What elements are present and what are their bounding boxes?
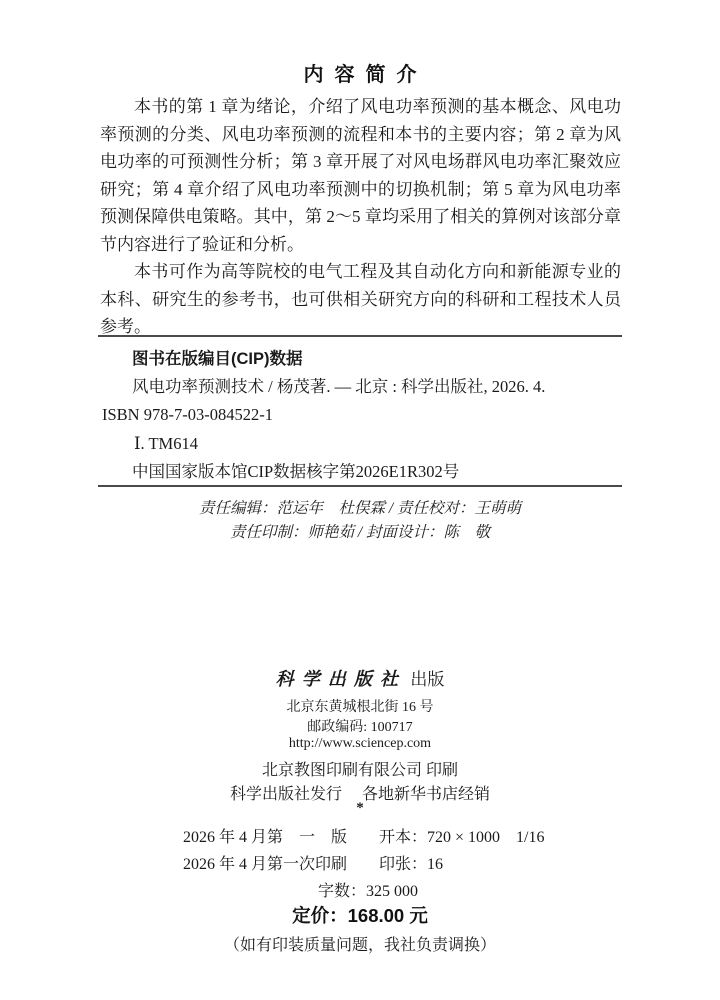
printer-info: 北京教图印刷有限公司 印刷 [0, 757, 720, 780]
cip-title-author: 风电功率预测技术 / 杨茂著. — 北京 : 科学出版社, 2026. 4. [98, 373, 622, 401]
price: 定价：168.00 元 [0, 902, 720, 928]
publisher-line: 科学出版社 出版 [0, 665, 720, 691]
printing-design-line: 责任印制：师艳茹 / 封面设计：陈 敬 [0, 521, 720, 545]
summary-paragraph-2: 本书可作为高等院校的电气工程及其自动化方向和新能源专业的本科、研究生的参考书，也… [100, 258, 621, 341]
cip-heading: 图书在版编目(CIP)数据 [98, 345, 622, 373]
cip-record-number: 中国国家版本馆CIP数据核字第2026E1R302号 [98, 458, 622, 486]
edition-line: 2026 年 4 月第 一 版 开本：720 × 1000 1/16 [183, 824, 544, 851]
publisher-website: http://www.sciencep.com [0, 736, 720, 752]
summary-paragraph-1: 本书的第 1 章为绪论，介绍了风电功率预测的基本概念、风电功率预测的分类、风电功… [100, 93, 621, 258]
word-count: 字数：325 000 [318, 878, 544, 905]
content-summary: 本书的第 1 章为绪论，介绍了风电功率预测的基本概念、风电功率预测的分类、风电功… [100, 93, 621, 341]
publisher-logo: 科学出版社 [276, 669, 407, 689]
page-title: 内容简介 [0, 58, 720, 87]
staff-credits: 责任编辑：范运年 杜俣霖 / 责任校对：王萌萌 责任印制：师艳茹 / 封面设计：… [0, 497, 720, 545]
publisher-suffix: 出版 [410, 670, 444, 689]
editor-proofreader-line: 责任编辑：范运年 杜俣霖 / 责任校对：王萌萌 [0, 497, 720, 521]
book-copyright-page: 内容简介 本书的第 1 章为绪论，介绍了风电功率预测的基本概念、风电功率预测的分… [0, 0, 720, 1000]
publisher-address: 北京东黄城根北街 16 号 [0, 696, 720, 716]
printing-line: 2026 年 4 月第一次印刷 印张：16 [183, 851, 544, 878]
classification-code: Ⅰ. TM614 [98, 430, 622, 458]
quality-note: （如有印装质量问题，我社负责调换） [0, 932, 720, 955]
edition-info: 2026 年 4 月第 一 版 开本：720 × 1000 1/16 2026 … [183, 824, 544, 905]
separator-asterisk: * [0, 800, 720, 817]
postal-code: 邮政编码: 100717 [0, 716, 720, 736]
cip-data-block: 图书在版编目(CIP)数据 风电功率预测技术 / 杨茂著. — 北京 : 科学出… [98, 335, 622, 487]
isbn-number: ISBN 978-7-03-084522-1 [98, 401, 622, 429]
